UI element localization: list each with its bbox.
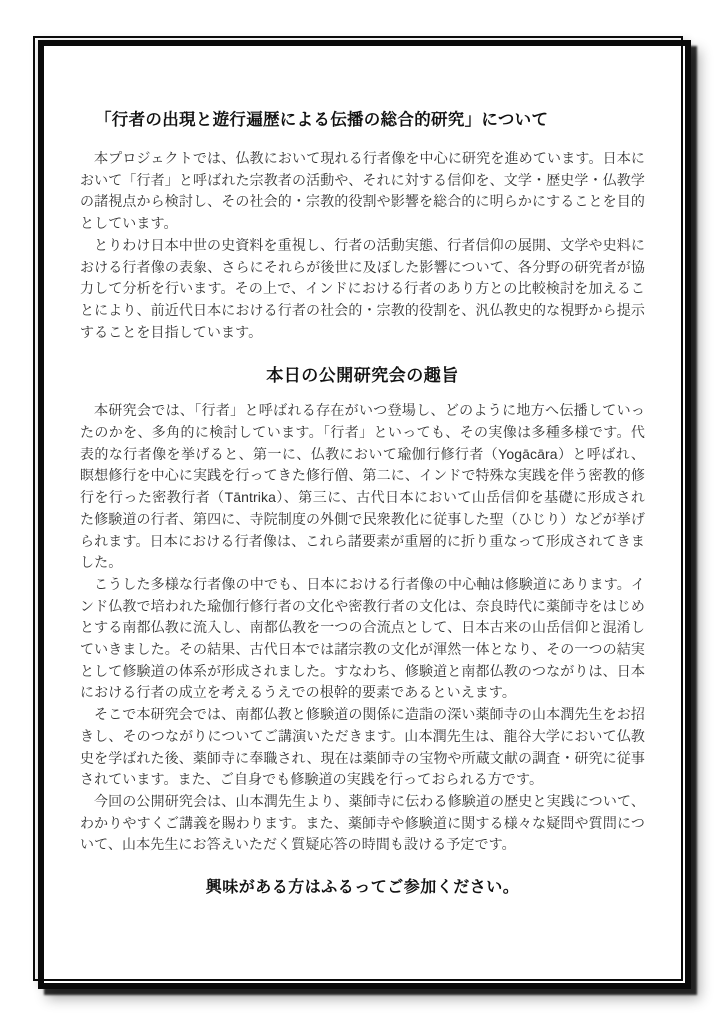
body-paragraph: 本研究会では、「行者」と呼ばれる存在がいつ登場し、どのように地方へ伝播していった…: [80, 400, 645, 574]
page-content: 「行者の出現と遊行遍歴による伝播の総合的研究」について 本プロジェクトでは、仏教…: [44, 46, 685, 983]
intro-paragraph: とりわけ日本中世の史資料を重視し、行者の活動実態、行者信仰の展開、文学や史料にお…: [80, 235, 645, 344]
closing-invitation: 興味がある方はふるってご参加ください。: [80, 876, 645, 900]
body-paragraph: そこで本研究会では、南都仏教と修験道の関係に造詣の深い薬師寺の山本潤先生をお招き…: [80, 704, 645, 791]
page-border-frame: 「行者の出現と遊行遍歴による伝播の総合的研究」について 本プロジェクトでは、仏教…: [38, 40, 691, 989]
body-paragraph: 今回の公開研究会は、山本潤先生より、薬師寺に伝わる修験道の歴史と実践について、わ…: [80, 791, 645, 856]
intro-paragraph: 本プロジェクトでは、仏教において現れる行者像を中心に研究を進めています。日本にお…: [80, 148, 645, 235]
section-heading: 本日の公開研究会の趣旨: [80, 363, 645, 389]
project-title: 「行者の出現と遊行遍歴による伝播の総合的研究」について: [80, 108, 645, 132]
body-paragraph: こうした多様な行者像の中でも、日本における行者像の中心軸は修験道にあります。イン…: [80, 574, 645, 704]
document-canvas: 「行者の出現と遊行遍歴による伝播の総合的研究」について 本プロジェクトでは、仏教…: [0, 0, 724, 1024]
